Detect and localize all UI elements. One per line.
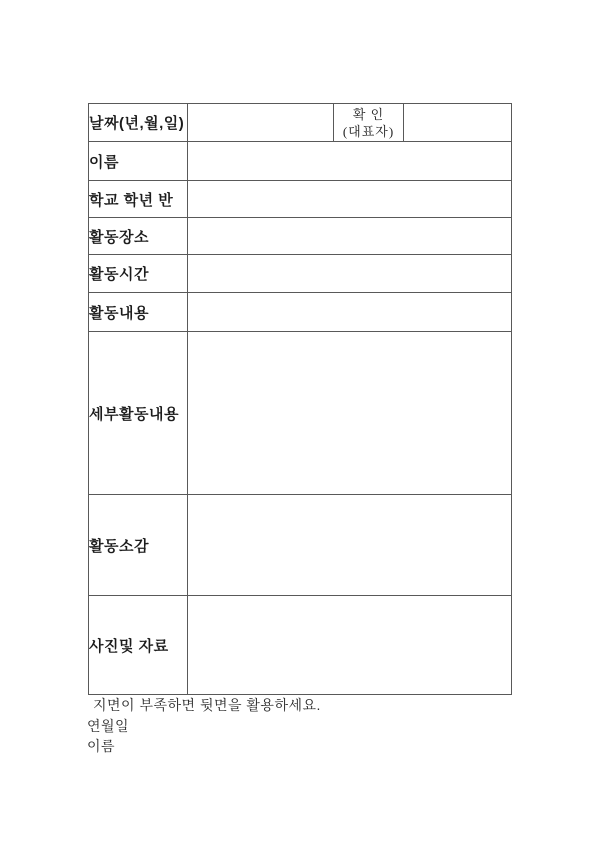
confirm-cell: 확 인 (대표자) bbox=[334, 104, 404, 142]
activity-impressions-value-cell bbox=[188, 495, 512, 596]
activity-impressions-label: 활동소감 bbox=[89, 495, 188, 596]
detailed-activity-value-cell bbox=[188, 332, 512, 495]
name-row: 이름 bbox=[89, 142, 512, 181]
date-row: 날짜(년,월,일) 확 인 (대표자) bbox=[89, 104, 512, 142]
activity-place-label: 활동장소 bbox=[89, 218, 188, 255]
date-row-label: 날짜(년,월,일) bbox=[89, 104, 188, 142]
detailed-activity-row: 세부활동내용 bbox=[89, 332, 512, 495]
activity-report-form-table: 날짜(년,월,일) 확 인 (대표자) 이름 학교 학년 반 활동장소 bbox=[88, 103, 512, 695]
activity-content-label: 활동내용 bbox=[89, 293, 188, 332]
date-value-cell bbox=[188, 104, 334, 142]
activity-content-value-cell bbox=[188, 293, 512, 332]
photos-materials-label: 사진및 자료 bbox=[89, 596, 188, 695]
name-row-label: 이름 bbox=[89, 142, 188, 181]
footer-name-label: 이름 bbox=[87, 736, 321, 756]
name-value-cell bbox=[188, 142, 512, 181]
school-grade-class-label: 학교 학년 반 bbox=[89, 181, 188, 218]
activity-place-value-cell bbox=[188, 218, 512, 255]
activity-impressions-row: 활동소감 bbox=[89, 495, 512, 596]
activity-time-label: 활동시간 bbox=[89, 255, 188, 293]
school-grade-class-value-cell bbox=[188, 181, 512, 218]
photos-materials-value-cell bbox=[188, 596, 512, 695]
confirm-subtitle: (대표자) bbox=[334, 123, 403, 140]
activity-time-row: 활동시간 bbox=[89, 255, 512, 293]
confirm-signature-cell bbox=[404, 104, 512, 142]
detailed-activity-label: 세부활동내용 bbox=[89, 332, 188, 495]
activity-content-row: 활동내용 bbox=[89, 293, 512, 332]
school-grade-class-row: 학교 학년 반 bbox=[89, 181, 512, 218]
photos-materials-row: 사진및 자료 bbox=[89, 596, 512, 695]
overflow-note: 지면이 부족하면 뒷면을 활용하세요. bbox=[87, 695, 321, 715]
confirm-title: 확 인 bbox=[334, 106, 403, 123]
footer-notes: 지면이 부족하면 뒷면을 활용하세요. 연월일 이름 bbox=[87, 695, 321, 756]
activity-place-row: 활동장소 bbox=[89, 218, 512, 255]
activity-time-value-cell bbox=[188, 255, 512, 293]
scanned-form-page: 날짜(년,월,일) 확 인 (대표자) 이름 학교 학년 반 활동장소 bbox=[0, 0, 600, 850]
footer-date-label: 연월일 bbox=[87, 716, 321, 736]
